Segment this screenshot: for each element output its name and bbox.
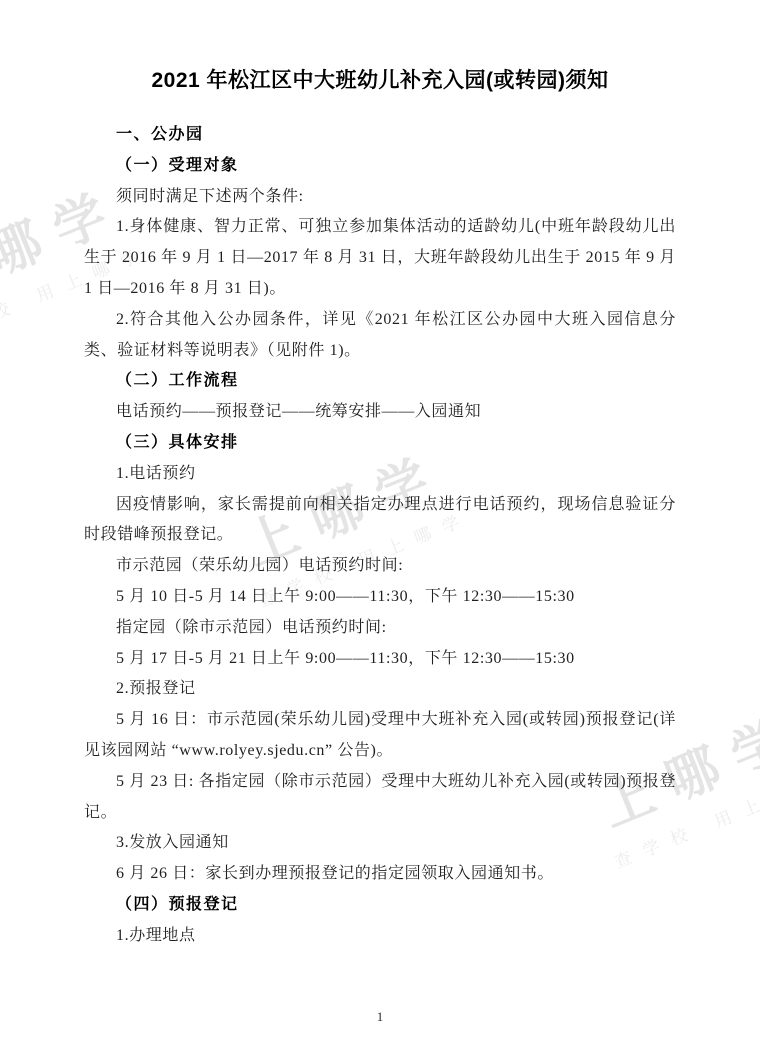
paragraph: 2.预报登记 (84, 674, 676, 705)
paragraph: 指定园（除市示范园）电话预约时间: (84, 613, 676, 644)
document-body: 一、公办园（一）受理对象须同时满足下述两个条件:1.身体健康、智力正常、可独立参… (84, 120, 676, 952)
document-page: 上哪学 查学校 用上哪学 上哪学 查学校 用上哪学 上哪学 查学校 用上哪学 2… (0, 0, 760, 1051)
document-title: 2021 年松江区中大班幼儿补充入园(或转园)须知 (84, 66, 676, 96)
paragraph: 须同时满足下述两个条件: (84, 182, 676, 213)
paragraph: 3.发放入园通知 (84, 828, 676, 859)
section-heading: （四）预报登记 (84, 890, 676, 921)
document-content: 2021 年松江区中大班幼儿补充入园(或转园)须知 一、公办园（一）受理对象须同… (84, 0, 676, 952)
paragraph: 2.符合其他入公办园条件，详见《2021 年松江区公办园中大班入园信息分类、验证… (84, 305, 676, 367)
page-number: 1 (0, 1009, 760, 1025)
section-heading: （三）具体安排 (84, 428, 676, 459)
paragraph: 1.身体健康、智力正常、可独立参加集体活动的适龄幼儿(中班年龄段幼儿出生于 20… (84, 212, 676, 304)
paragraph: 1.电话预约 (84, 459, 676, 490)
paragraph: 5 月 17 日-5 月 21 日上午 9:00——11:30，下午 12:30… (84, 644, 676, 675)
paragraph: 5 月 10 日-5 月 14 日上午 9:00——11:30，下午 12:30… (84, 582, 676, 613)
paragraph: 5 月 23 日: 各指定园（除市示范园）受理中大班幼儿补充入园(或转园)预报登… (84, 767, 676, 829)
paragraph: 电话预约——预报登记——统筹安排——入园通知 (84, 397, 676, 428)
section-heading: 一、公办园 (84, 120, 676, 151)
section-heading: （一）受理对象 (84, 151, 676, 182)
paragraph: 市示范园（荣乐幼儿园）电话预约时间: (84, 551, 676, 582)
paragraph: 因疫情影响，家长需提前向相关指定办理点进行电话预约，现场信息验证分时段错峰预报登… (84, 490, 676, 552)
paragraph: 1.办理地点 (84, 921, 676, 952)
section-heading: （二）工作流程 (84, 366, 676, 397)
paragraph: 5 月 16 日：市示范园(荣乐幼儿园)受理中大班补充入园(或转园)预报登记(详… (84, 705, 676, 767)
paragraph: 6 月 26 日：家长到办理预报登记的指定园领取入园通知书。 (84, 859, 676, 890)
